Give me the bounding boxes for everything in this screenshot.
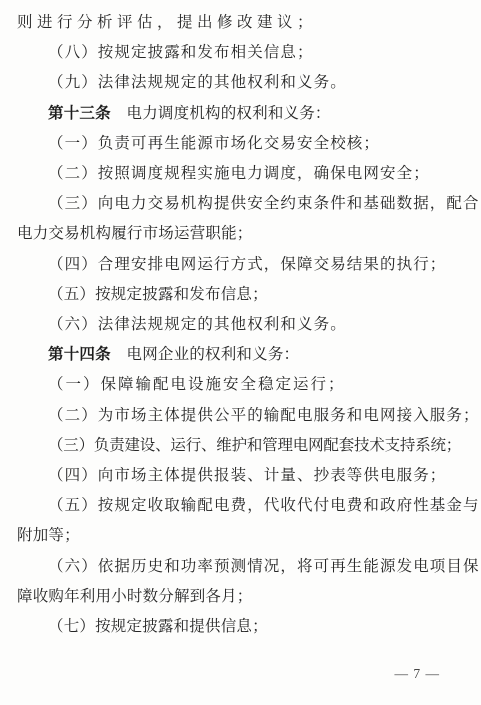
line-text: （三）向电力交易机构提供安全约束条件和基础数据，配合 <box>48 195 480 212</box>
text-line: （三）负责建设、运行、维护和管理电网配套技术支持系统； <box>17 431 466 461</box>
text-line: （四）向市场主体提供报装、计量、抄表等供电服务； <box>17 461 466 491</box>
document-page: 则进行分析评估，提出修改建议；（八）按规定披露和发布相关信息；（九）法律法规规定… <box>0 0 481 705</box>
line-text: 电网企业的权利和义务： <box>111 346 299 363</box>
line-text: （一）保障输配电设施安全稳定运行； <box>48 376 346 393</box>
article-number: 第十三条 <box>48 105 111 122</box>
text-line: （六）依据历史和功率预测情况，将可再生能源发电项目保 <box>17 552 466 582</box>
line-text: （九）法律法规规定的其他权利和义务。 <box>48 74 347 91</box>
line-text: （五）按规定披露和发布信息； <box>48 286 268 303</box>
text-line: （一）负责可再生能源市场化交易安全校核； <box>17 129 466 159</box>
text-line: （三）向电力交易机构提供安全约束条件和基础数据，配合 <box>17 189 466 219</box>
line-text: （四）合理安排电网运行方式，保障交易结果的执行； <box>48 256 446 273</box>
text-line: （五）按规定披露和发布信息； <box>17 280 466 310</box>
line-text: 障收购年利用小时数分解到各月； <box>17 588 253 605</box>
text-line: （七）按规定披露和提供信息； <box>17 612 466 642</box>
line-text: 电力交易机构履行市场运营职能； <box>17 225 253 242</box>
text-line: （二）为市场主体提供公平的输配电服务和电网接入服务； <box>17 401 466 431</box>
text-line: （四）合理安排电网运行方式，保障交易结果的执行； <box>17 250 466 280</box>
text-line: （五）按规定收取输配电费，代收代付电费和政府性基金与 <box>17 491 466 521</box>
text-line: 第十四条 电网企业的权利和义务： <box>17 340 466 370</box>
article-number: 第十四条 <box>48 346 111 363</box>
text-line: （六）法律法规规定的其他权利和义务。 <box>17 310 466 340</box>
line-text: 附加等； <box>17 527 80 544</box>
line-text: （二）为市场主体提供公平的输配电服务和电网接入服务； <box>48 407 480 424</box>
line-text: （六）法律法规规定的其他权利和义务。 <box>48 316 347 333</box>
page-number: — 7 — <box>395 666 441 682</box>
text-line: （八）按规定披露和发布相关信息； <box>17 38 466 68</box>
line-text: （七）按规定披露和提供信息； <box>48 618 268 635</box>
text-line: （二）按照调度规程实施电力调度，确保电网安全； <box>17 159 466 189</box>
line-text: （八）按规定披露和发布相关信息； <box>48 44 314 61</box>
document-body: 则进行分析评估，提出修改建议；（八）按规定披露和发布相关信息；（九）法律法规规定… <box>17 8 466 642</box>
line-text: （一）负责可再生能源市场化交易安全校核； <box>48 135 380 152</box>
text-line: 电力交易机构履行市场运营职能； <box>17 219 466 249</box>
line-text: 电力调度机构的权利和义务： <box>111 105 331 122</box>
line-text: （四）向市场主体提供报装、计量、抄表等供电服务； <box>48 467 446 484</box>
text-line: 第十三条 电力调度机构的权利和义务： <box>17 99 466 129</box>
text-line: 障收购年利用小时数分解到各月； <box>17 582 466 612</box>
text-line: （一）保障输配电设施安全稳定运行； <box>17 370 466 400</box>
line-text: （六）依据历史和功率预测情况，将可再生能源发电项目保 <box>48 558 480 575</box>
line-text: 则进行分析评估，提出修改建议； <box>17 14 317 31</box>
text-line: 附加等； <box>17 521 466 551</box>
line-text: （三）负责建设、运行、维护和管理电网配套技术支持系统； <box>48 437 461 454</box>
line-text: （二）按照调度规程实施电力调度，确保电网安全； <box>48 165 430 182</box>
line-text: （五）按规定收取输配电费，代收代付电费和政府性基金与 <box>48 497 480 514</box>
text-line: 则进行分析评估，提出修改建议； <box>17 8 466 38</box>
text-line: （九）法律法规规定的其他权利和义务。 <box>17 68 466 98</box>
